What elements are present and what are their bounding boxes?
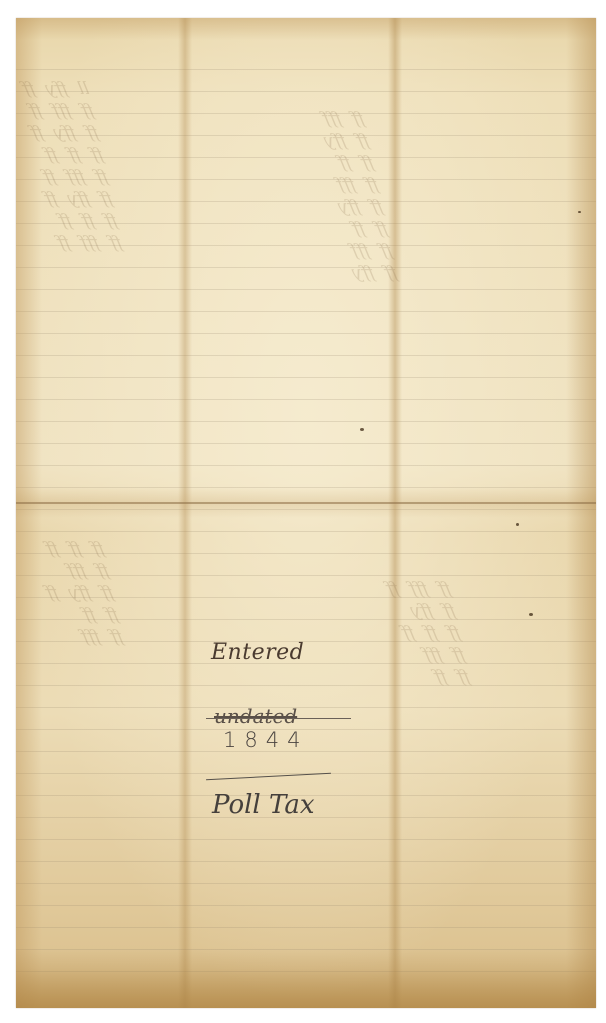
- annotation-year: 1844: [223, 728, 308, 752]
- annotation-undated-struck: undated: [214, 704, 297, 728]
- horizontal-fold-crease: [16, 502, 596, 504]
- strikethrough-line: [206, 718, 351, 719]
- ink-spot: [360, 428, 364, 431]
- document-page: ll ffy ff ff fff ff ff ffy ff ff ff ff f…: [16, 18, 596, 1008]
- ink-spot: [529, 613, 533, 616]
- ink-spot: [516, 523, 519, 526]
- ink-spot: [578, 211, 581, 213]
- annotation-entered: Entered: [211, 640, 304, 665]
- page-edge-stain-bottom: [16, 948, 596, 1008]
- annotation-poll-tax: Poll Tax: [212, 790, 314, 820]
- page-edge-stain-top: [16, 18, 596, 40]
